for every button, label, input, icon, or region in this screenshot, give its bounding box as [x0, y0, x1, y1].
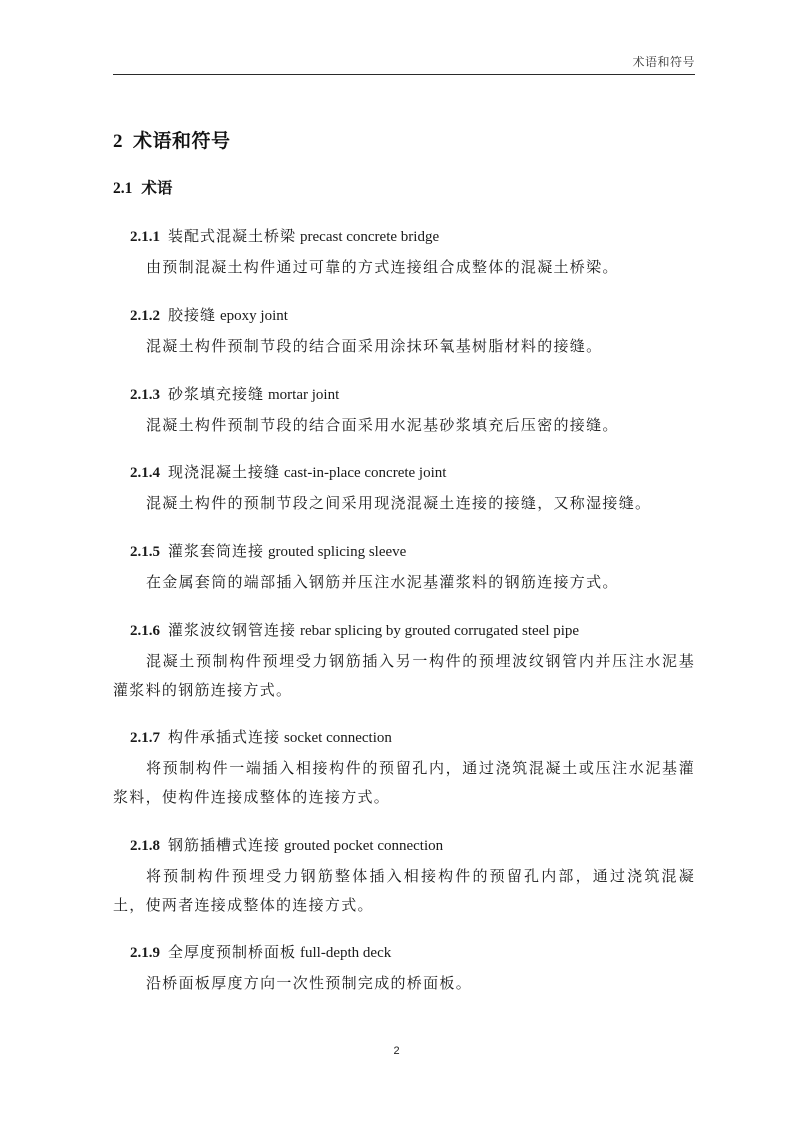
term-heading: 2.1.6灌浆波纹钢管连接rebar splicing by grouted c…	[113, 621, 695, 641]
term-chinese: 灌浆波纹钢管连接	[168, 623, 296, 639]
term-chinese: 现浇混凝土接缝	[168, 465, 280, 481]
term-heading: 2.1.5灌浆套筒连接grouted splicing sleeve	[113, 542, 695, 562]
running-title: 术语和符号	[632, 53, 695, 70]
term-english: cast-in-place concrete joint	[284, 465, 446, 481]
term-heading: 2.1.9全厚度预制桥面板full-depth deck	[113, 943, 695, 963]
term-definition: 混凝土构件预制节段的结合面采用涂抹环氧基树脂材料的接缝。	[113, 333, 695, 362]
term-chinese: 胶接缝	[168, 308, 216, 324]
term-heading: 2.1.3砂浆填充接缝mortar joint	[113, 385, 695, 405]
section-title-text: 术语	[141, 180, 172, 197]
term-english: precast concrete bridge	[300, 229, 439, 245]
term-chinese: 灌浆套筒连接	[168, 544, 264, 560]
term-definition: 在金属套筒的端部插入钢筋并压注水泥基灌浆料的钢筋连接方式。	[113, 569, 695, 598]
term-english: socket connection	[284, 730, 392, 746]
term-definition: 将预制构件一端插入相接构件的预留孔内，通过浇筑混凝土或压注水泥基灌浆料，使构件连…	[113, 755, 695, 813]
term-entry: 2.1.6灌浆波纹钢管连接rebar splicing by grouted c…	[113, 621, 695, 706]
term-chinese: 构件承插式连接	[168, 730, 280, 746]
chapter-title-text: 术语和符号	[133, 131, 231, 152]
term-english: grouted splicing sleeve	[268, 544, 406, 560]
term-heading: 2.1.1装配式混凝土桥梁precast concrete bridge	[113, 227, 695, 247]
section-number: 2.1	[113, 180, 132, 197]
term-english: epoxy joint	[220, 308, 288, 324]
term-definition: 混凝土构件的预制节段之间采用现浇混凝土连接的接缝，又称湿接缝。	[113, 490, 695, 519]
term-english: grouted pocket connection	[284, 838, 443, 854]
term-heading: 2.1.4现浇混凝土接缝cast-in-place concrete joint	[113, 463, 695, 483]
page-header: 术语和符号	[113, 52, 695, 75]
term-heading: 2.1.8钢筋插槽式连接grouted pocket connection	[113, 836, 695, 856]
term-english: rebar splicing by grouted corrugated ste…	[300, 623, 579, 639]
section-title: 2.1术语	[113, 176, 172, 198]
page-number: 2	[0, 1045, 793, 1057]
term-number: 2.1.4	[130, 465, 160, 481]
term-english: mortar joint	[268, 387, 339, 403]
term-definition: 沿桥面板厚度方向一次性预制完成的桥面板。	[113, 970, 695, 999]
term-definition: 混凝土预制构件预埋受力钢筋插入另一构件的预埋波纹钢管内并压注水泥基灌浆料的钢筋连…	[113, 648, 695, 706]
term-heading: 2.1.7构件承插式连接socket connection	[113, 728, 695, 748]
term-number: 2.1.8	[130, 838, 160, 854]
term-chinese: 钢筋插槽式连接	[168, 838, 280, 854]
term-entry: 2.1.1装配式混凝土桥梁precast concrete bridge 由预制…	[113, 227, 695, 283]
term-number: 2.1.6	[130, 623, 160, 639]
term-entry: 2.1.7构件承插式连接socket connection 将预制构件一端插入相…	[113, 728, 695, 813]
term-heading: 2.1.2胶接缝epoxy joint	[113, 306, 695, 326]
term-definition: 将预制构件预埋受力钢筋整体插入相接构件的预留孔内部，通过浇筑混凝土，使两者连接成…	[113, 863, 695, 921]
term-definition: 由预制混凝土构件通过可靠的方式连接组合成整体的混凝土桥梁。	[113, 254, 695, 283]
term-number: 2.1.5	[130, 544, 160, 560]
term-entry: 2.1.4现浇混凝土接缝cast-in-place concrete joint…	[113, 463, 695, 519]
term-entry: 2.1.3砂浆填充接缝mortar joint 混凝土构件预制节段的结合面采用水…	[113, 385, 695, 441]
term-number: 2.1.2	[130, 308, 160, 324]
term-english: full-depth deck	[300, 945, 391, 961]
term-number: 2.1.1	[130, 229, 160, 245]
term-number: 2.1.3	[130, 387, 160, 403]
term-entry: 2.1.5灌浆套筒连接grouted splicing sleeve 在金属套筒…	[113, 542, 695, 598]
term-number: 2.1.9	[130, 945, 160, 961]
chapter-title: 2术语和符号	[113, 126, 231, 153]
term-entry: 2.1.2胶接缝epoxy joint 混凝土构件预制节段的结合面采用涂抹环氧基…	[113, 306, 695, 362]
term-entry: 2.1.8钢筋插槽式连接grouted pocket connection 将预…	[113, 836, 695, 921]
term-chinese: 全厚度预制桥面板	[168, 945, 296, 961]
term-definition: 混凝土构件预制节段的结合面采用水泥基砂浆填充后压密的接缝。	[113, 412, 695, 441]
term-number: 2.1.7	[130, 730, 160, 746]
chapter-number: 2	[113, 131, 123, 152]
term-entry: 2.1.9全厚度预制桥面板full-depth deck 沿桥面板厚度方向一次性…	[113, 943, 695, 999]
term-chinese: 装配式混凝土桥梁	[168, 229, 296, 245]
term-chinese: 砂浆填充接缝	[168, 387, 264, 403]
